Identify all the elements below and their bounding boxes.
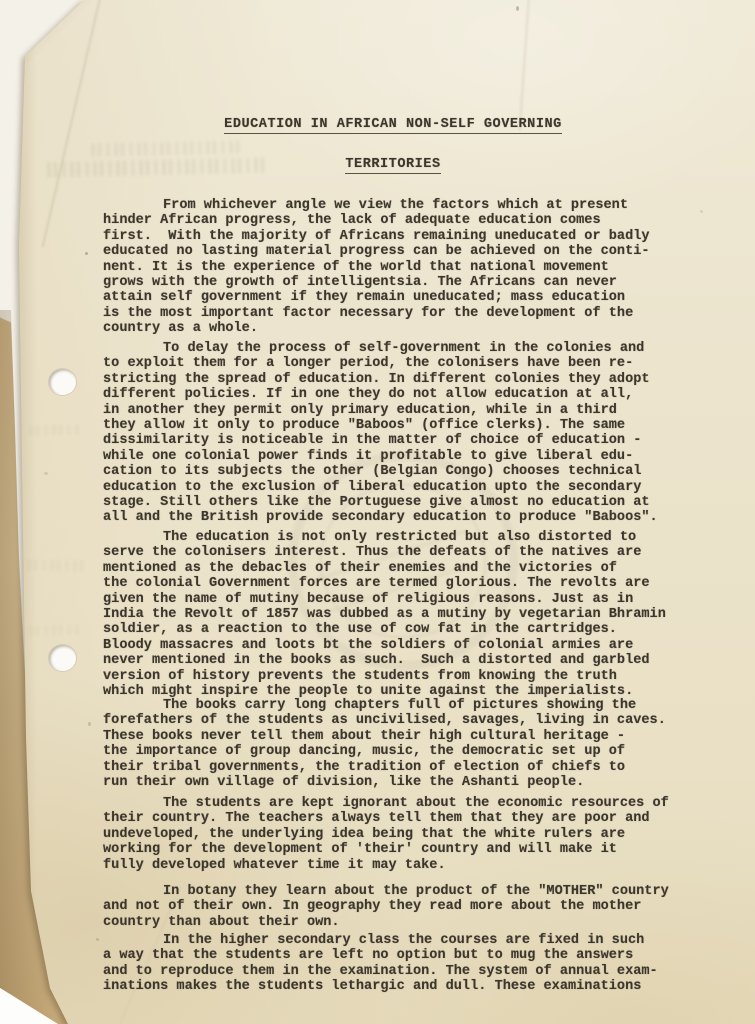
ink-speck bbox=[700, 210, 703, 213]
ink-speck bbox=[88, 722, 91, 726]
page-wrapper: EDUCATION IN AFRICAN NON-SELF GOVERNING … bbox=[0, 0, 755, 1024]
document-page: EDUCATION IN AFRICAN NON-SELF GOVERNING … bbox=[0, 0, 755, 1024]
paragraph-6: In botany they learn about the product o… bbox=[103, 884, 683, 930]
punch-hole-bottom bbox=[49, 645, 76, 671]
paragraph-5: The students are kept ignorant about the… bbox=[103, 796, 683, 873]
doc-title-line-1: EDUCATION IN AFRICAN NON-SELF GOVERNING bbox=[103, 117, 683, 134]
bleed-through-smudge bbox=[30, 624, 80, 635]
ink-speck bbox=[44, 472, 48, 475]
paragraph-1: From whichever angle we view the factors… bbox=[103, 198, 683, 337]
paragraph-4: The books carry long chapters full of pi… bbox=[103, 698, 683, 790]
typewritten-content: EDUCATION IN AFRICAN NON-SELF GOVERNING … bbox=[103, 0, 683, 1024]
ink-speck bbox=[85, 252, 88, 255]
ink-speck bbox=[96, 938, 99, 941]
bleed-through-smudge bbox=[28, 560, 84, 572]
paragraph-7: In the higher secondary class the course… bbox=[103, 933, 683, 995]
paragraph-3: The education is not only restricted but… bbox=[103, 530, 683, 699]
paragraph-2: To delay the process of self-government … bbox=[103, 341, 683, 526]
bleed-through-smudge bbox=[30, 424, 78, 435]
page-left-edge-shading bbox=[16, 0, 42, 1024]
scan-background: EDUCATION IN AFRICAN NON-SELF GOVERNING … bbox=[0, 0, 755, 1024]
punch-hole-top bbox=[49, 369, 76, 395]
doc-title-line-2: TERRITORIES bbox=[103, 157, 683, 174]
